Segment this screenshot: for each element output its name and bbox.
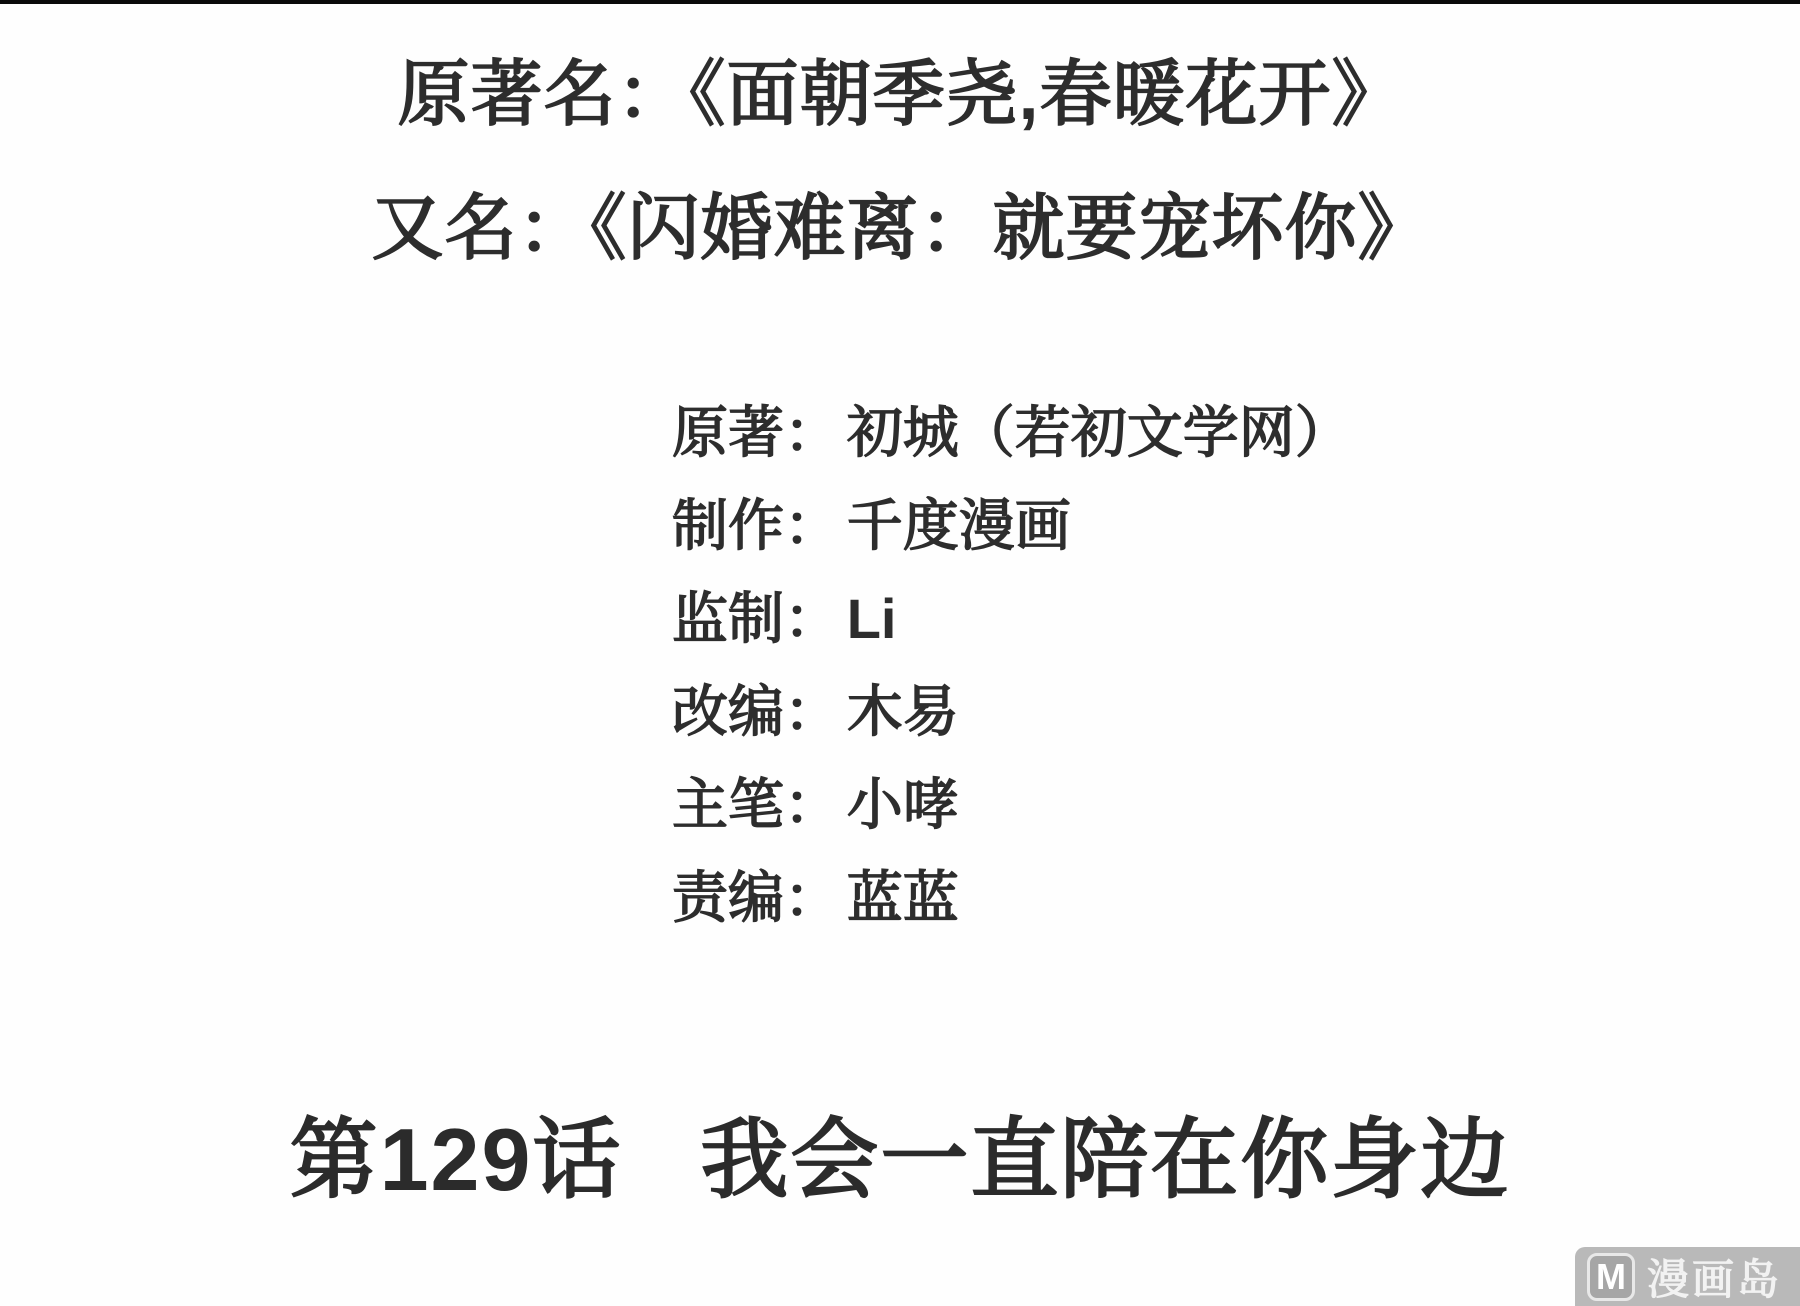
manhuadao-site-name: 漫画岛: [1647, 1247, 1782, 1306]
credit-row-adaptation: 改编：木易: [672, 683, 1351, 776]
comic-title-page: 原著名：《面朝季尧,春暖花开》 又名：《闪婚难离：就要宠坏你》 原著：初城（若初…: [0, 0, 1800, 1306]
credit-value: 千度漫画: [847, 494, 1071, 557]
credit-row-editor: 责编：蓝蓝: [672, 869, 1351, 962]
credit-row-lead-artist: 主笔：小哮: [672, 776, 1351, 869]
manhuadao-logo-letter: M: [1596, 1256, 1626, 1298]
original-work-title: 原著名：《面朝季尧,春暖花开》: [1, 56, 1800, 135]
credit-label: 原著：: [672, 401, 840, 464]
credit-label: 改编：: [672, 680, 840, 743]
credit-row-original-author: 原著：初城（若初文学网）: [672, 404, 1351, 497]
credit-value: 初城（若初文学网）: [847, 401, 1351, 464]
credit-label: 监制：: [672, 587, 840, 650]
credit-label: 责编：: [672, 866, 840, 929]
manhuadao-logo-icon: M: [1587, 1253, 1635, 1301]
credit-row-supervisor: 监制：Li: [672, 590, 1351, 683]
credit-value: Li: [847, 587, 897, 650]
chapter-number: 第129话: [290, 1110, 623, 1209]
credits-list: 原著：初城（若初文学网） 制作：千度漫画 监制：Li 改编：木易 主笔：小哮 责…: [672, 404, 1351, 962]
alternate-work-title: 又名：《闪婚难离：就要宠坏你》: [1, 190, 1800, 269]
chapter-name: 我会一直陪在你身边: [700, 1110, 1510, 1209]
top-border-line: [0, 0, 1800, 4]
chapter-title: 第129话我会一直陪在你身边: [0, 1112, 1800, 1209]
credit-value: 木易: [847, 680, 959, 743]
credit-label: 制作：: [672, 494, 840, 557]
manhuadao-watermark-badge: M 漫画岛: [1575, 1247, 1800, 1306]
credit-value: 蓝蓝: [847, 866, 959, 929]
credit-value: 小哮: [847, 773, 959, 836]
credit-label: 主笔：: [672, 773, 840, 836]
credit-row-production: 制作：千度漫画: [672, 497, 1351, 590]
